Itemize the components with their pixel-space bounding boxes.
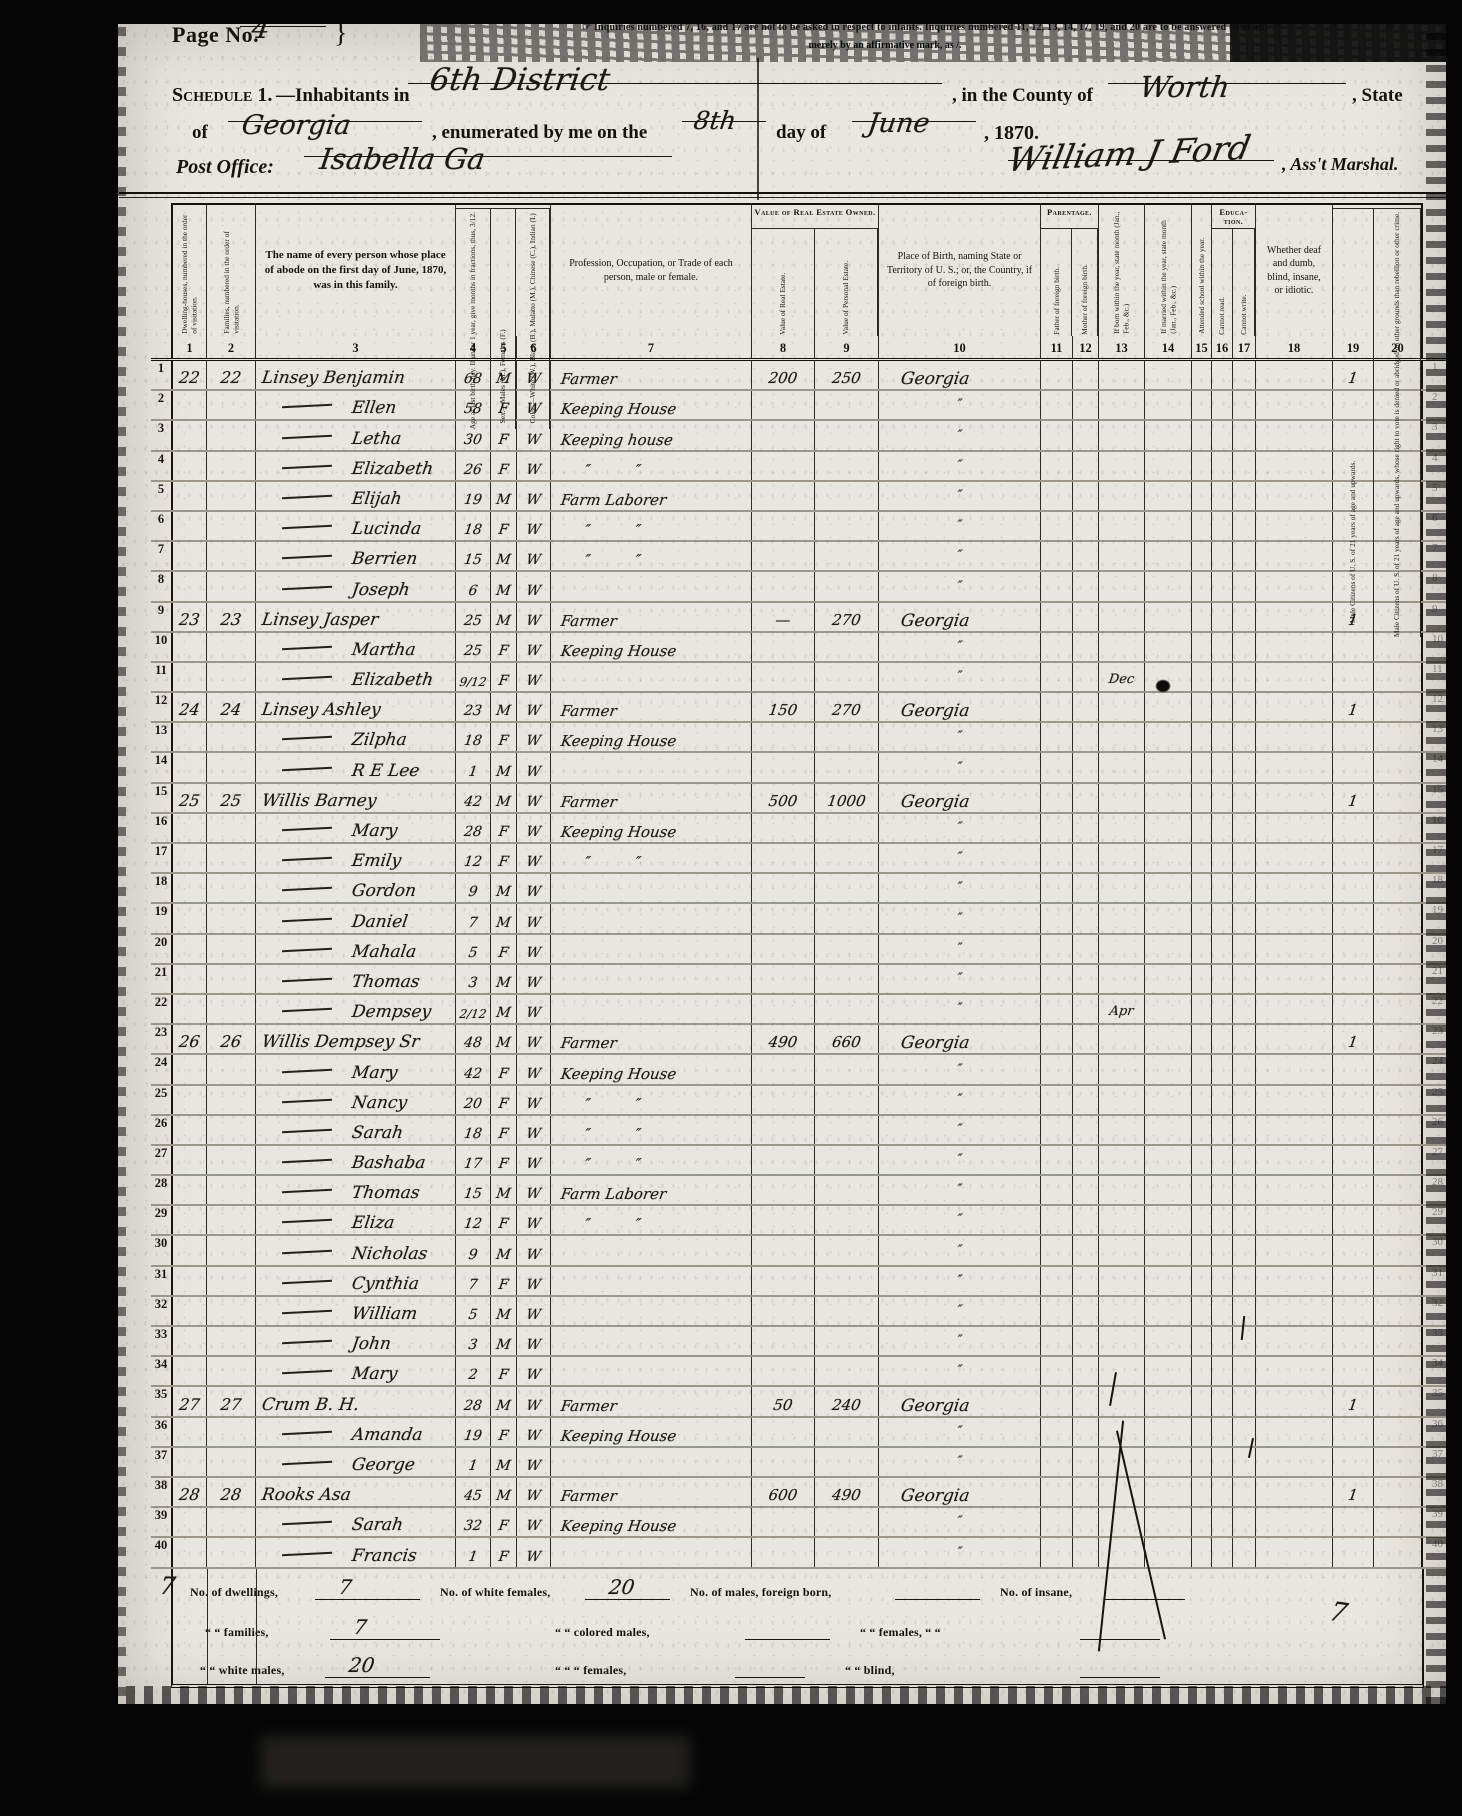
cell: [173, 1086, 207, 1114]
cell: [1041, 1055, 1073, 1083]
cell: [1256, 1236, 1333, 1264]
cell: [1212, 904, 1233, 932]
personal-estate-value: 1000: [814, 792, 880, 810]
cell: [551, 995, 752, 1023]
cell: [1333, 1236, 1374, 1264]
real-estate-value: 600: [751, 1486, 816, 1504]
ditto-dash: [282, 1461, 332, 1466]
cell: Sarah: [256, 1116, 456, 1144]
cell: W: [517, 1206, 551, 1234]
sex-value: F: [490, 1216, 517, 1232]
personal-estate-value: 490: [814, 1486, 880, 1504]
marshal-label: , Ass't Marshal.: [1282, 154, 1398, 175]
row-number-left: [151, 336, 171, 358]
person-name: Elizabeth: [351, 670, 435, 690]
sex-value: M: [490, 371, 517, 387]
age-value: 42: [455, 1066, 491, 1082]
cell: 50: [752, 1387, 815, 1415]
cell: [207, 1206, 256, 1234]
occupation-value: ″ ″: [584, 521, 643, 539]
birthplace-value: ″: [878, 911, 1041, 926]
row-number-left: 32: [151, 1297, 171, 1325]
ditto-dash: [282, 464, 332, 469]
cell: 26: [207, 1025, 256, 1053]
cell: 5: [456, 935, 491, 963]
cell: [815, 1086, 879, 1114]
row-columns: Elijah19MWFarm Laborer″: [171, 482, 1423, 510]
cell: [207, 452, 256, 480]
occupation-value: Keeping House: [560, 1065, 678, 1083]
cell: [1256, 995, 1333, 1023]
person-name: Elijah: [351, 489, 403, 509]
color-value: W: [516, 1428, 551, 1444]
family-number: 25: [206, 791, 257, 810]
cell: [815, 1357, 879, 1385]
cell: [1073, 633, 1099, 661]
cell: [1192, 693, 1212, 721]
cell: ″: [879, 723, 1041, 751]
occupation-value: ″ ″: [584, 1215, 643, 1233]
cell: [1233, 1176, 1256, 1204]
cell: [1145, 904, 1192, 932]
cell: [752, 1146, 815, 1174]
person-name: Sarah: [351, 1515, 405, 1535]
cell: [1192, 784, 1212, 812]
color-value: W: [516, 1518, 551, 1534]
cell: [1192, 844, 1212, 872]
column-header-text: Mother of foreign birth.: [1080, 232, 1089, 335]
table-row: 4Elizabeth26FW″ ″″4: [151, 452, 1450, 482]
color-value: W: [516, 1398, 551, 1414]
table-row: 14R E Lee1MW″14: [151, 753, 1450, 783]
cell: [752, 512, 815, 540]
age-value: 6: [455, 583, 491, 599]
column-number: 19: [1333, 336, 1374, 358]
sex-value: F: [490, 733, 517, 749]
vertical-text-wrap: Cannot write.: [1233, 229, 1254, 336]
cell: [1192, 1478, 1212, 1506]
cell: [1145, 1327, 1192, 1355]
post-office-value: Isabella Ga: [318, 142, 488, 176]
ditto-dash: [282, 1430, 332, 1435]
cell: ″ ″: [551, 1146, 752, 1174]
cell: [1374, 1176, 1421, 1204]
cell: F: [491, 391, 517, 419]
column-header-7: Profession, Occupation, or Trade of each…: [551, 205, 752, 336]
cell: ″: [879, 1448, 1041, 1476]
cell: [1099, 1297, 1145, 1325]
cell: [752, 542, 815, 570]
cell: Thomas: [256, 965, 456, 993]
horizontal-rule: [119, 197, 1446, 198]
family-number: 28: [206, 1485, 257, 1504]
occupation-value: Keeping House: [560, 1427, 678, 1445]
cell: W: [517, 1387, 551, 1415]
cell: [207, 1297, 256, 1325]
cell: [1192, 1086, 1212, 1114]
cell: [1333, 512, 1374, 540]
dwelling-number: 25: [172, 791, 208, 810]
cell: W: [517, 1267, 551, 1295]
cell: [173, 391, 207, 419]
row-columns: 2222Linsey Benjamin68MWFarmer200250Georg…: [171, 361, 1423, 389]
cell: M: [491, 603, 517, 631]
cell: [1233, 1357, 1256, 1385]
cell: [1041, 723, 1073, 751]
cell: [1256, 844, 1333, 872]
cell: F: [491, 1146, 517, 1174]
sex-value: M: [490, 1307, 517, 1323]
cell: [752, 753, 815, 781]
cell: [1099, 361, 1145, 389]
birthplace-value: ″: [878, 880, 1041, 895]
cell: W: [517, 1418, 551, 1446]
cell: [1099, 421, 1145, 449]
color-value: W: [516, 1488, 551, 1504]
age-value: 1: [455, 1458, 491, 1474]
cell: F: [491, 723, 517, 751]
column-number: 17: [1233, 336, 1256, 358]
age-value: 23: [455, 703, 491, 719]
table-row: 3Letha30FWKeeping house″3: [151, 421, 1450, 451]
age-value: 20: [455, 1096, 491, 1112]
color-value: W: [516, 1549, 551, 1565]
cell: W: [517, 1236, 551, 1264]
cell: 500: [752, 784, 815, 812]
ditto-dash: [282, 1370, 332, 1375]
cell: [207, 1267, 256, 1295]
cell: ″: [879, 1297, 1041, 1325]
column-header-text: If born within the year, state month (Ja…: [1112, 208, 1131, 334]
age-value: 1: [455, 1549, 491, 1565]
row-columns: Mary28FWKeeping House″: [171, 814, 1423, 842]
cell: ″: [879, 1116, 1041, 1144]
footer-label: No. of white females,: [440, 1585, 551, 1600]
cell: [1041, 452, 1073, 480]
cell: 490: [815, 1478, 879, 1506]
cell: 25: [456, 633, 491, 661]
cell: [1233, 542, 1256, 570]
table-row: 2Ellen58FWKeeping House″2: [151, 391, 1450, 421]
occupation-value: Farmer: [560, 370, 618, 388]
cell: [1333, 542, 1374, 570]
cell: [551, 1327, 752, 1355]
row-number-left: 26: [151, 1116, 171, 1144]
cell: [551, 1236, 752, 1264]
cell: [752, 633, 815, 661]
cell: [1333, 1357, 1374, 1385]
sex-value: F: [490, 1277, 517, 1293]
sex-value: F: [490, 945, 517, 961]
age-value: 19: [455, 1428, 491, 1444]
column-number: 9: [815, 336, 879, 358]
color-value: W: [516, 643, 551, 659]
scan-blotch: [260, 1736, 690, 1788]
occupation-value: Keeping House: [560, 642, 678, 660]
table-row: 352727Crum B. H.28MWFarmer50240Georgia13…: [151, 1387, 1450, 1417]
column-group-education: Educa-tion.Cannot read.Cannot write.: [1212, 205, 1256, 336]
cell: 18: [456, 1116, 491, 1144]
cell: [1374, 482, 1421, 510]
column-number: 7: [551, 336, 752, 358]
cell: M: [491, 965, 517, 993]
cell: [1256, 935, 1333, 963]
ditto-dash: [282, 434, 332, 439]
cell: [1212, 1236, 1233, 1264]
cell: [752, 1448, 815, 1476]
cell: [1256, 1508, 1333, 1536]
cell: [173, 1116, 207, 1144]
cell: [1192, 1025, 1212, 1053]
cell: [815, 391, 879, 419]
cell: Nicholas: [256, 1236, 456, 1264]
column-header-text: Value of Real Estate.: [778, 232, 787, 335]
cell: 9: [456, 874, 491, 902]
cell: W: [517, 1538, 551, 1566]
row-columns: 2323Linsey Jasper25MWFarmer—270Georgia1: [171, 603, 1423, 631]
cell: [1145, 1538, 1192, 1566]
sex-value: F: [490, 522, 517, 538]
cell: Farmer: [551, 603, 752, 631]
cell: [173, 1327, 207, 1355]
cell: [1233, 844, 1256, 872]
cell: 25: [456, 603, 491, 631]
cell: W: [517, 452, 551, 480]
row-number-left: 11: [151, 663, 171, 691]
vertical-text-wrap: Father of foreign birth.: [1041, 229, 1071, 336]
row-number-left: 19: [151, 904, 171, 932]
cell: [752, 1086, 815, 1114]
personal-estate-value: 250: [814, 369, 880, 387]
dwelling-number: 28: [172, 1485, 208, 1504]
birthplace-value: ″: [878, 1092, 1041, 1107]
cell: [207, 1448, 256, 1476]
column-group-constitutional: Constitutional Relations.Male Citizens o…: [1333, 205, 1421, 336]
birthplace-value: ″: [878, 820, 1041, 835]
table-row: 122424Linsey Ashley23MWFarmer150270Georg…: [151, 693, 1450, 723]
cell: [1333, 965, 1374, 993]
row-columns: Thomas3MW″: [171, 965, 1423, 993]
age-value: 17: [455, 1156, 491, 1172]
cell: [1212, 452, 1233, 480]
cell: [1145, 1025, 1192, 1053]
cell: Farmer: [551, 784, 752, 812]
cell: [207, 965, 256, 993]
cell: [551, 935, 752, 963]
cell: [207, 572, 256, 600]
ditto-dash: [282, 676, 332, 681]
cell: [1333, 723, 1374, 751]
birthplace-value: ″: [878, 1001, 1041, 1016]
cell: 1: [456, 1538, 491, 1566]
ditto-dash: [282, 917, 332, 922]
table-row: 39Sarah32FWKeeping House″39: [151, 1508, 1450, 1538]
sex-value: F: [490, 824, 517, 840]
cell: [1374, 874, 1421, 902]
column-header-text: Dwelling-houses, numbered in the order o…: [180, 208, 199, 334]
cell: [1099, 1176, 1145, 1204]
cell: ″: [879, 512, 1041, 540]
age-value: 68: [455, 371, 491, 387]
column-header-16: Cannot read.: [1212, 229, 1233, 336]
cell: [173, 965, 207, 993]
cell: 15: [456, 1176, 491, 1204]
cell: W: [517, 1025, 551, 1053]
cell: [1233, 1086, 1256, 1114]
cell: [1212, 935, 1233, 963]
cell: [1041, 904, 1073, 932]
cell: [1233, 753, 1256, 781]
vertical-text-wrap: If born within the year, state month (Ja…: [1099, 205, 1144, 336]
row-columns: Sarah18FW″ ″″: [171, 1116, 1423, 1144]
cell: Rooks Asa: [256, 1478, 456, 1506]
cell: [173, 512, 207, 540]
cell: F: [491, 1086, 517, 1114]
cell: [1073, 421, 1099, 449]
cell: 3: [456, 965, 491, 993]
ditto-dash: [282, 525, 332, 530]
birthplace-value: ″: [878, 1303, 1041, 1318]
cell: 42: [456, 784, 491, 812]
cell: [1041, 572, 1073, 600]
cell: [1333, 904, 1374, 932]
ditto-dash: [282, 1219, 332, 1224]
cell: ″ ″: [551, 1116, 752, 1144]
cell: W: [517, 1086, 551, 1114]
occupation-value: Farmer: [560, 702, 618, 720]
cell: [1212, 965, 1233, 993]
cell: [1073, 1357, 1099, 1385]
cell: [752, 1508, 815, 1536]
cell: F: [491, 633, 517, 661]
cell: [815, 482, 879, 510]
cell: Emily: [256, 844, 456, 872]
cell: [1041, 1116, 1073, 1144]
vertical-text-wrap: Cannot read.: [1212, 229, 1232, 336]
cell: Amanda: [256, 1418, 456, 1446]
cell: [173, 1146, 207, 1174]
cell: [1073, 1538, 1099, 1566]
color-value: W: [516, 884, 551, 900]
cell: [1212, 693, 1233, 721]
cell: 12: [456, 844, 491, 872]
cell: W: [517, 935, 551, 963]
footer-label: “ “ “ females,: [555, 1663, 626, 1678]
birthplace-value: Georgia: [900, 1033, 971, 1053]
cell: [1374, 1025, 1421, 1053]
cell: [1073, 693, 1099, 721]
age-value: 9: [455, 1247, 491, 1263]
cell: ″: [879, 1146, 1041, 1174]
cell: [1041, 603, 1073, 631]
row-number-left: 22: [151, 995, 171, 1023]
age-value: 9: [455, 884, 491, 900]
cell: 270: [815, 693, 879, 721]
column-group-cells: Father of foreign birth.Mother of foreig…: [1041, 229, 1098, 336]
cell: Francis: [256, 1538, 456, 1566]
cell: 30: [456, 421, 491, 449]
cell: [1212, 1176, 1233, 1204]
person-name: Mary: [351, 821, 399, 841]
cell: [815, 904, 879, 932]
color-value: W: [516, 824, 551, 840]
color-value: W: [516, 1096, 551, 1112]
cell: [1256, 1116, 1333, 1144]
cell: [752, 723, 815, 751]
cell: Keeping House: [551, 723, 752, 751]
sex-value: M: [490, 1186, 517, 1202]
cell: [1041, 1025, 1073, 1053]
table-row: 22Dempsey2/12MW″Apr22: [151, 995, 1450, 1025]
real-estate-value: 150: [751, 701, 816, 719]
enumerated-label: , enumerated by me on the: [432, 122, 647, 144]
birth-month-value: Apr: [1098, 1004, 1145, 1019]
footer-label: No. of dwellings,: [190, 1585, 278, 1600]
cell: [1041, 633, 1073, 661]
cell: W: [517, 361, 551, 389]
row-columns: Zilpha18FWKeeping House″: [171, 723, 1423, 751]
cell: [1041, 663, 1073, 691]
person-name: Lucinda: [351, 519, 423, 539]
cell: ″: [879, 1538, 1041, 1566]
cell: 24: [173, 693, 207, 721]
row-columns: Mary42FWKeeping House″: [171, 1055, 1423, 1083]
cell: [1233, 421, 1256, 449]
row-columns: George1MW″: [171, 1448, 1423, 1476]
birthplace-value: ″: [878, 1212, 1041, 1227]
cell: [1145, 935, 1192, 963]
cell: [752, 1357, 815, 1385]
column-header-2: Families, numbered in the order of visit…: [207, 205, 256, 336]
cell: [1212, 1086, 1233, 1114]
cell: [1099, 965, 1145, 993]
cell: 1000: [815, 784, 879, 812]
cell: [752, 904, 815, 932]
personal-estate-value: 240: [814, 1396, 880, 1414]
cell: [1073, 452, 1099, 480]
person-name: Thomas: [351, 972, 421, 992]
table-header-row: Dwelling-houses, numbered in the order o…: [151, 203, 1450, 336]
dwelling-number: 26: [172, 1032, 208, 1051]
cell: [1233, 633, 1256, 661]
cell: [1256, 693, 1333, 721]
cell: [1041, 1387, 1073, 1415]
column-header-text: Cannot read.: [1217, 232, 1226, 335]
cell: [1374, 391, 1421, 419]
ditto-dash: [282, 766, 332, 771]
age-value: 1: [455, 764, 491, 780]
cell: 9/12: [456, 663, 491, 691]
person-name: Nancy: [351, 1093, 409, 1113]
cell: [1145, 1418, 1192, 1446]
cell: [551, 1538, 752, 1566]
cell: [1145, 1086, 1192, 1114]
table-row: 29Eliza12FW″ ″″29: [151, 1206, 1450, 1236]
cell: F: [491, 421, 517, 449]
birthplace-value: ″: [878, 1062, 1041, 1077]
cell: [1099, 1206, 1145, 1234]
cell: [752, 1206, 815, 1234]
column-number: 3: [256, 336, 456, 358]
cell: [752, 482, 815, 510]
cell: [1041, 1236, 1073, 1264]
cell: [815, 995, 879, 1023]
person-name: Thomas: [351, 1183, 421, 1203]
cell: W: [517, 633, 551, 661]
cell: Gordon: [256, 874, 456, 902]
person-name: William: [351, 1304, 419, 1324]
cell: [173, 723, 207, 751]
